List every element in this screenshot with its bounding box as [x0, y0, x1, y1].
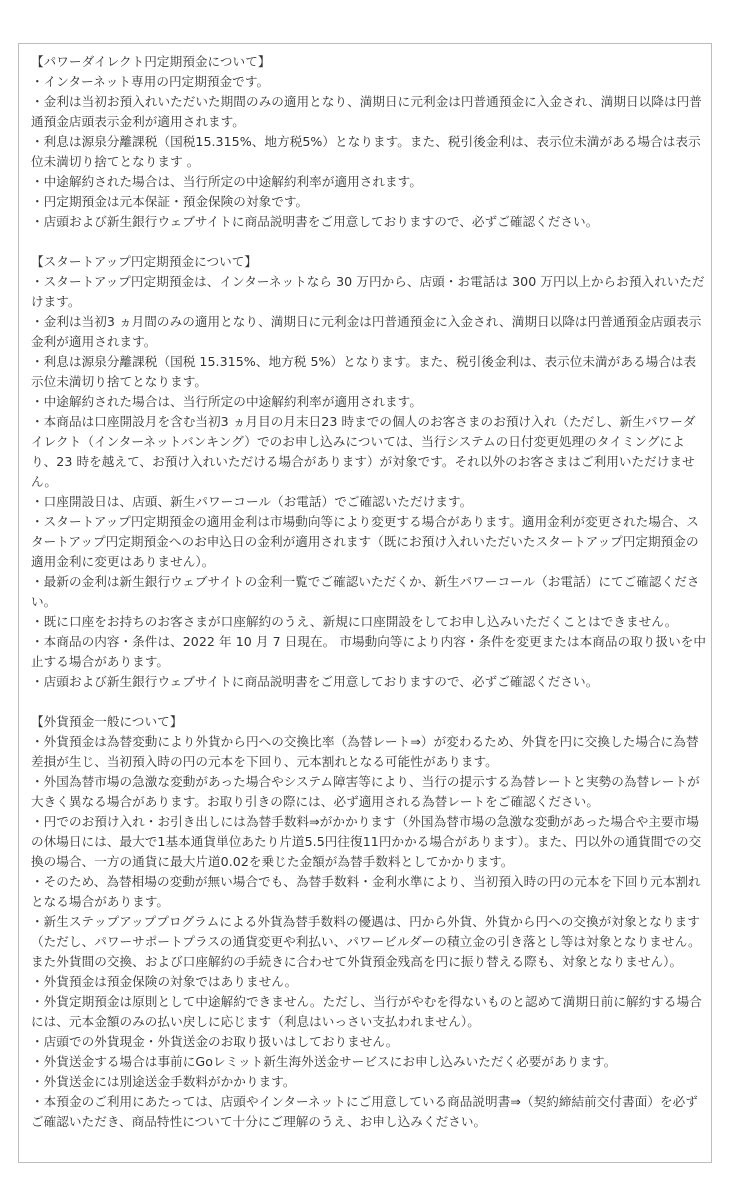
list-item: 外貨預金は預金保険の対象ではありません。 [31, 972, 707, 992]
list-item: 店頭での外貨現金・外貨送金のお取り扱いはしておりません。 [31, 1032, 707, 1052]
list-item: スタートアップ円定期預金の適用金利は市場動向等により変更する場合があります。適用… [31, 512, 707, 572]
list-item: 新生ステップアッププログラムによる外貨為替手数料の優遇は、円から外貨、外貨から円… [31, 912, 707, 972]
disclaimer-box: 【パワーダイレクト円定期預金について】 インターネット専用の円定期預金です。 金… [18, 43, 712, 1163]
list-item: 外国為替市場の急激な変動があった場合やシステム障害等により、当行の提示する為替レ… [31, 772, 707, 812]
list-item: 円定期預金は元本保証・預金保険の対象です。 [31, 192, 707, 212]
list-item: 本預金のご利用にあたっては、店頭やインターネットにご用意している商品説明書⇒（契… [31, 1092, 707, 1132]
list-item: 外貨定期預金は原則として中途解約できません。ただし、当行がやむを得ないものと認め… [31, 992, 707, 1032]
list-item: 外貨預金は為替変動により外貨から円への交換比率（為替レート⇒）が変わるため、外貨… [31, 732, 707, 772]
section-heading: 【外貨預金一般について】 [31, 712, 707, 732]
list-item: 店頭および新生銀行ウェブサイトに商品説明書をご用意しておりますので、必ずご確認く… [31, 672, 707, 692]
list-item: 円でのお預け入れ・お引き出しには為替手数料⇒がかかります（外国為替市場の急激な変… [31, 812, 707, 872]
list-item: 外貨送金には別途送金手数料がかかります。 [31, 1072, 707, 1092]
list-item: インターネット専用の円定期預金です。 [31, 72, 707, 92]
list-item: スタートアップ円定期預金は、インターネットなら 30 万円から、店頭・お電話は … [31, 272, 707, 312]
list-item: 本商品は口座開設月を含む当初3 ヵ月目の月末日23 時までの個人のお客さまのお預… [31, 412, 707, 492]
list-item: 中途解約された場合は、当行所定の中途解約利率が適用されます。 [31, 172, 707, 192]
list-item: 本商品の内容・条件は、2022 年 10 月 7 日現在。 市場動向等により内容… [31, 632, 707, 672]
list-item: 金利は当初3 ヵ月間のみの適用となり、満期日に元利金は円普通預金に入金され、満期… [31, 312, 707, 352]
list-item: 利息は源泉分離課税（国税15.315%、地方税5%）となります。また、税引後金利… [31, 132, 707, 172]
list-item: 中途解約された場合は、当行所定の中途解約利率が適用されます。 [31, 392, 707, 412]
list-item: 外貨送金する場合は事前にGoレミット新生海外送金サービスにお申し込みいただく必要… [31, 1052, 707, 1072]
list-item: そのため、為替相場の変動が無い場合でも、為替手数料・金利水準により、当初預入時の… [31, 872, 707, 912]
list-item: 既に口座をお持ちのお客さまが口座解約のうえ、新規に口座開設をしてお申し込みいただ… [31, 612, 707, 632]
section-heading: 【パワーダイレクト円定期預金について】 [31, 52, 707, 72]
list-item: 金利は当初お預入れいただいた期間のみの適用となり、満期日に元利金は円普通預金に入… [31, 92, 707, 132]
list-item: 店頭および新生銀行ウェブサイトに商品説明書をご用意しておりますので、必ずご確認く… [31, 212, 707, 232]
section-foreign-currency-deposit-general: 【外貨預金一般について】 外貨預金は為替変動により外貨から円への交換比率（為替レ… [31, 712, 711, 1132]
section-startup-yen-time-deposit: 【スタートアップ円定期預金について】 スタートアップ円定期預金は、インターネット… [31, 252, 711, 692]
list-item: 利息は源泉分離課税（国税 15.315%、地方税 5%）となります。また、税引後… [31, 352, 707, 392]
section-heading: 【スタートアップ円定期預金について】 [31, 252, 707, 272]
list-item: 最新の金利は新生銀行ウェブサイトの金利一覧でご確認いただくか、新生パワーコール（… [31, 572, 707, 612]
section-power-direct-yen-time-deposit: 【パワーダイレクト円定期預金について】 インターネット専用の円定期預金です。 金… [31, 52, 711, 232]
list-item: 口座開設日は、店頭、新生パワーコール（お電話）でご確認いただけます。 [31, 492, 707, 512]
